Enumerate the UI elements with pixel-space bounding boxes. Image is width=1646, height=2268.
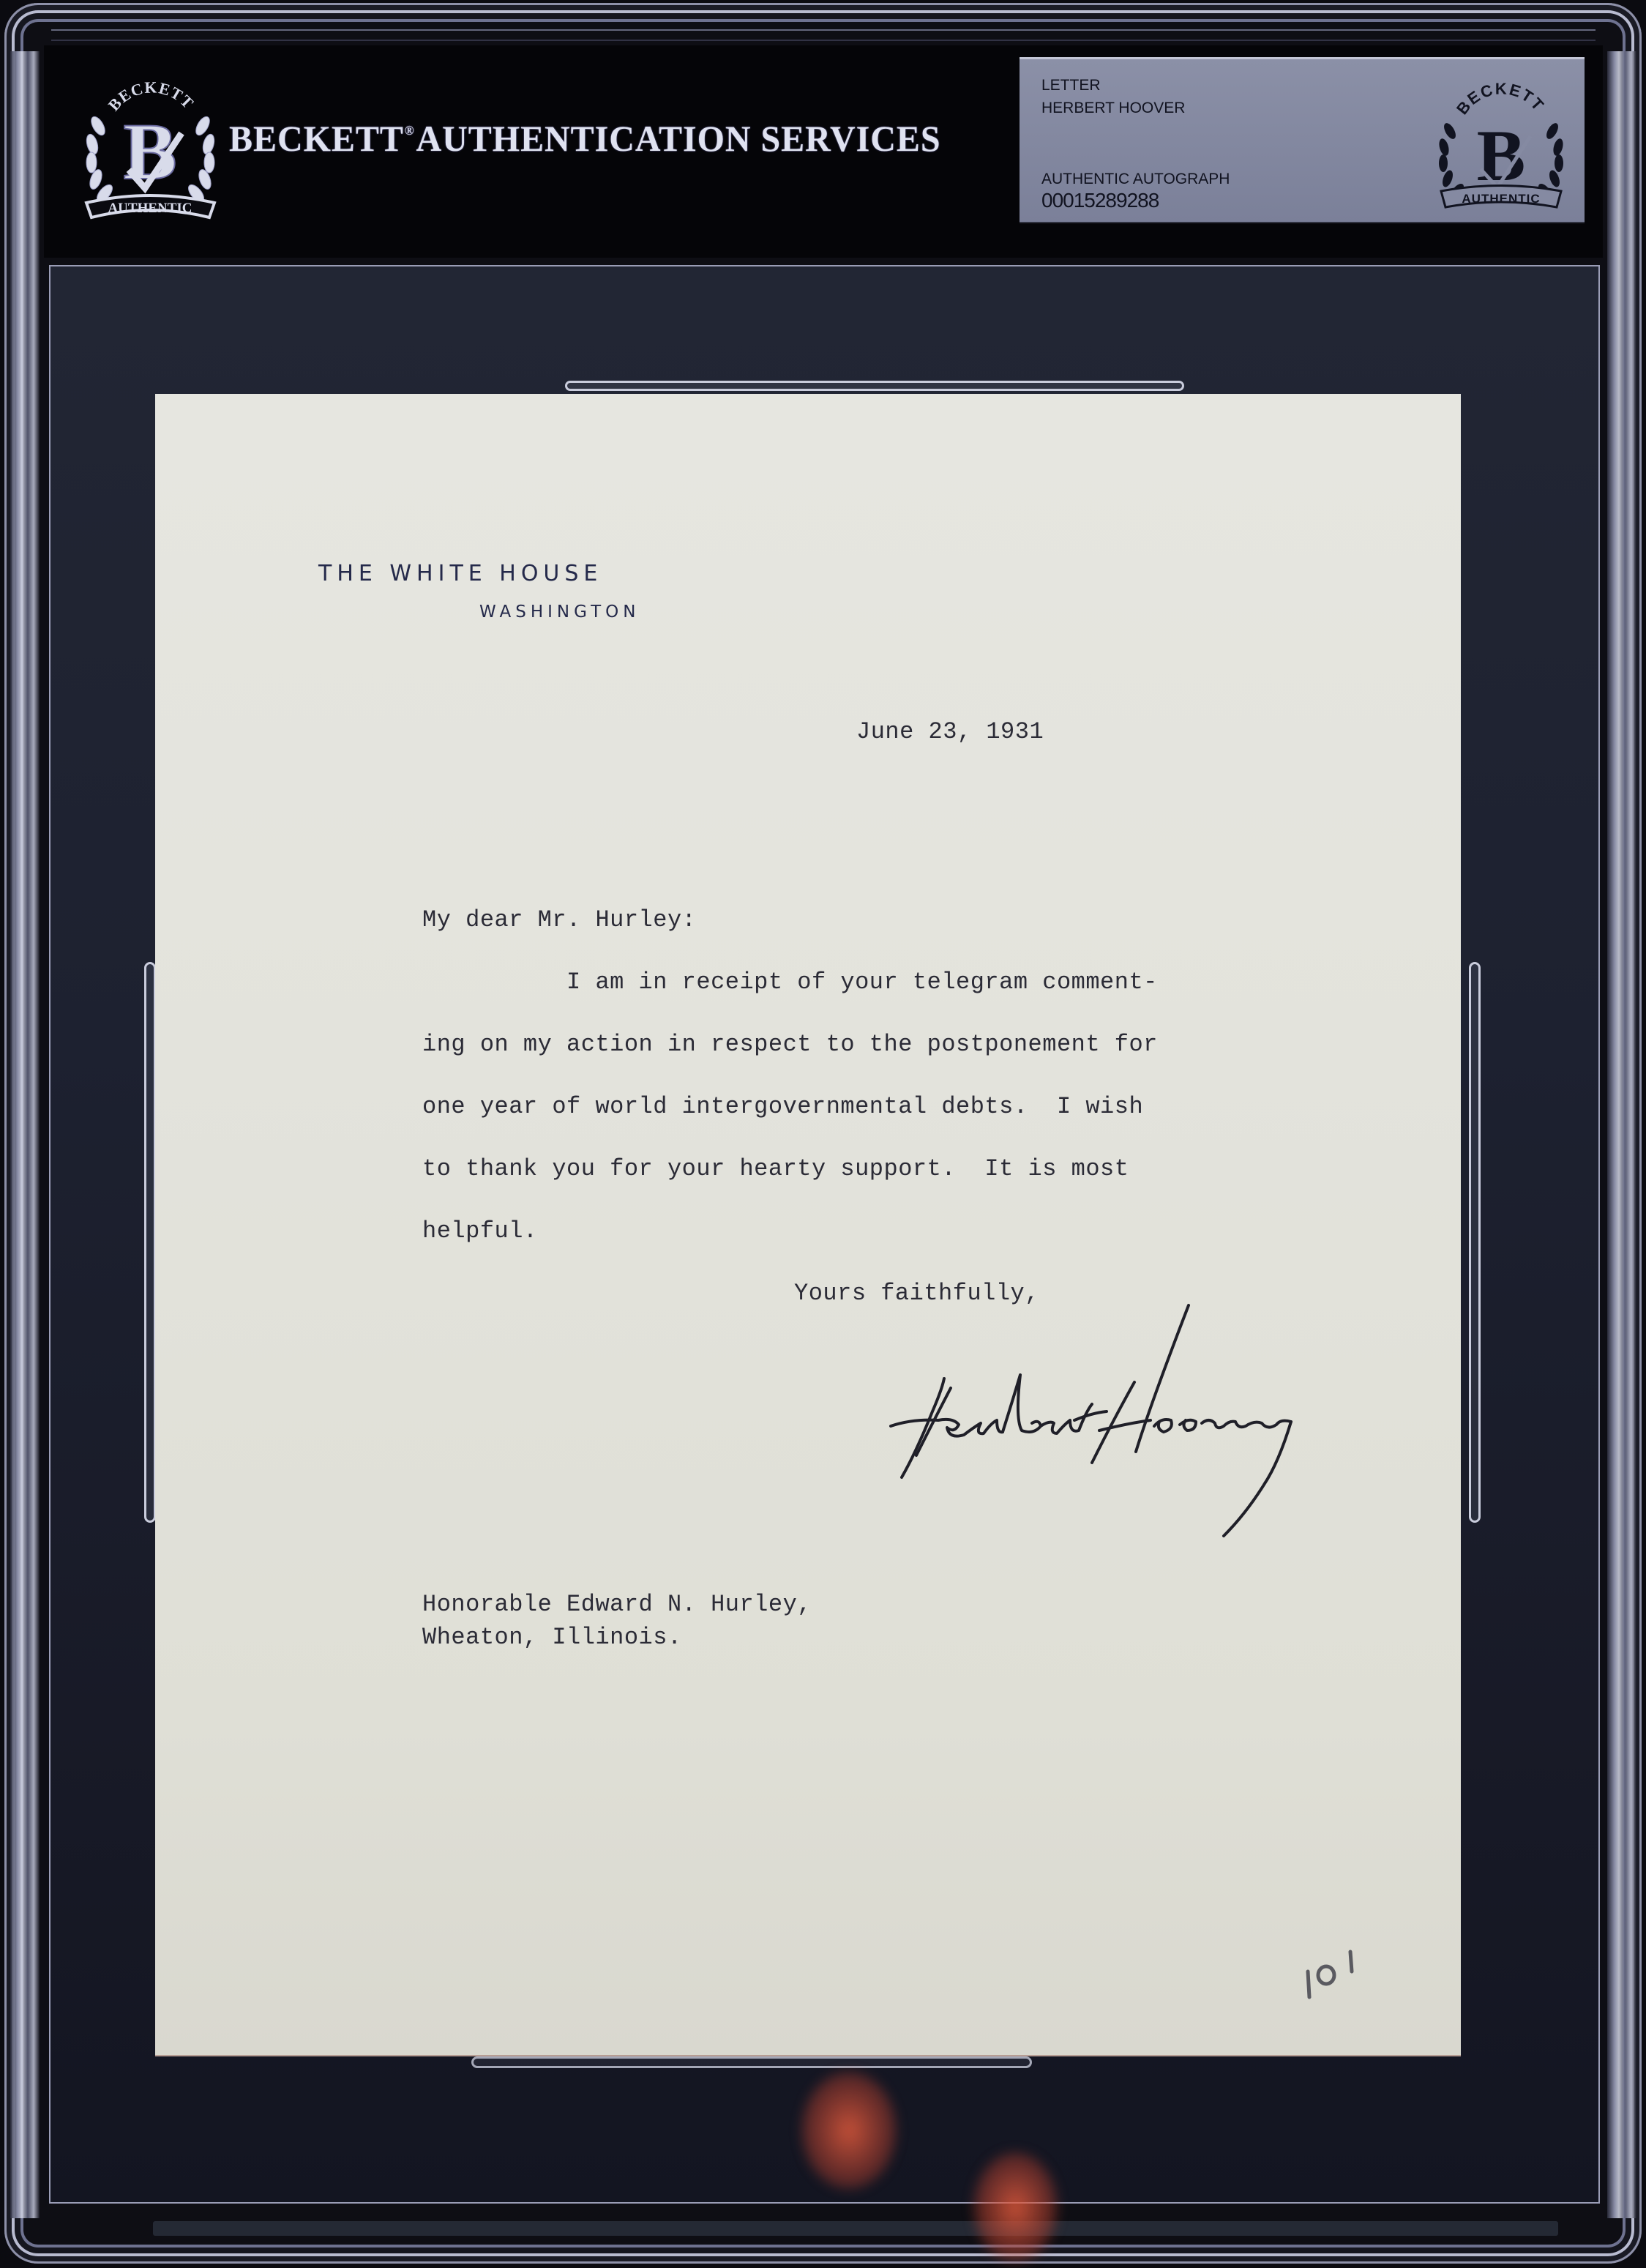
brand-subtitle: AUTHENTICATION SERVICES bbox=[416, 118, 941, 159]
recipient-line-1: Honorable Edward N. Hurley, bbox=[422, 1591, 812, 1618]
recipient-line-2: Wheaton, Illinois. bbox=[422, 1624, 682, 1651]
label-subject: HERBERT HOOVER bbox=[1041, 100, 1185, 117]
letter-body-line: ing on my action in respect to the postp… bbox=[422, 1031, 1158, 1058]
sleeve-bottom-clip bbox=[471, 2056, 1032, 2068]
beckett-authentic-crest-icon: BECKETT B AUTHENTIC bbox=[1428, 74, 1574, 213]
beckett-authentic-crest-icon: BECKETT B AUTHENTIC bbox=[72, 67, 229, 225]
svg-text:AUTHENTIC: AUTHENTIC bbox=[108, 201, 192, 216]
brand-name: BECKETT bbox=[229, 118, 404, 159]
holder-top-edge bbox=[51, 29, 1596, 41]
letter-body-line: helpful. bbox=[422, 1217, 538, 1245]
registered-mark: ® bbox=[405, 123, 415, 138]
letter-document: THE WHITE HOUSE WASHINGTON June 23, 1931… bbox=[155, 394, 1461, 2055]
reflection-glare bbox=[801, 2072, 897, 2189]
brand-title: BECKETT®AUTHENTICATION SERVICES bbox=[229, 117, 941, 160]
svg-text:AUTHENTIC: AUTHENTIC bbox=[1462, 192, 1540, 206]
letter-date: June 23, 1931 bbox=[856, 718, 1044, 745]
letter-body-line: one year of world intergovernmental debt… bbox=[422, 1093, 1143, 1120]
letter-salutation: My dear Mr. Hurley: bbox=[422, 906, 696, 933]
letter-body-line: to thank you for your hearty support. It… bbox=[422, 1155, 1129, 1182]
holder-right-rail bbox=[1607, 51, 1636, 2218]
sleeve-right-clip bbox=[1469, 962, 1481, 1523]
sleeve-left-clip bbox=[144, 962, 156, 1523]
label-certification: AUTHENTIC AUTOGRAPH bbox=[1041, 171, 1230, 188]
svg-text:BECKETT: BECKETT bbox=[1453, 80, 1548, 119]
label-item-type: LETTER bbox=[1041, 77, 1101, 94]
letter-body-line: I am in receipt of your telegram comment… bbox=[422, 969, 1158, 996]
authentication-label: LETTER HERBERT HOOVER AUTHENTIC AUTOGRAP… bbox=[1020, 57, 1585, 222]
sleeve-top-clip bbox=[565, 381, 1184, 391]
pencil-notation bbox=[1286, 1939, 1366, 2004]
letterhead-title: THE WHITE HOUSE bbox=[318, 561, 602, 586]
reflection-glare bbox=[973, 2152, 1058, 2262]
sleeve-bottom-band bbox=[153, 2221, 1558, 2236]
letterhead-subtitle: WASHINGTON bbox=[479, 603, 640, 622]
signature-herbert-hoover bbox=[858, 1294, 1429, 1558]
holder-left-rail bbox=[10, 51, 40, 2218]
label-serial-number: 00015289288 bbox=[1041, 189, 1159, 212]
